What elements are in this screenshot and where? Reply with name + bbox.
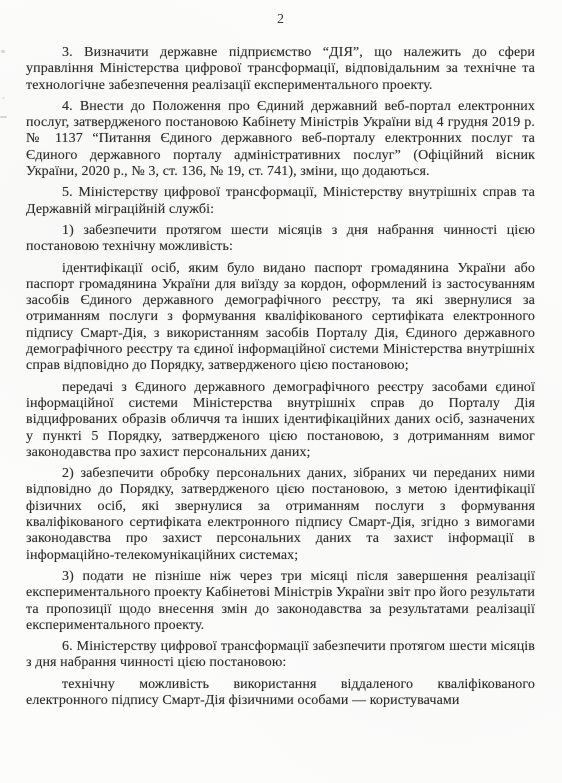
paragraph-point-6: 6. Міністерству цифрової трансформації з… — [26, 639, 535, 672]
subparagraph-5-3: 3) подати не пізніше ніж через три місяц… — [26, 569, 535, 634]
clause-identification: ідентифікації осіб, яким було видано пас… — [26, 261, 535, 375]
clause-data-transfer: передачі з Єдиного державного демографіч… — [26, 380, 535, 461]
document-body: 3. Визначити державне підприємство “ДІЯ”… — [26, 45, 535, 709]
document-page: 2 3. Визначити державне підприємство “ДІ… — [0, 0, 562, 783]
paragraph-point-4: 4. Внести до Положення про Єдиний держав… — [26, 99, 535, 180]
scan-artifact — [2, 97, 5, 99]
page-number: 2 — [26, 12, 535, 28]
scan-artifact — [0, 116, 7, 118]
paragraph-point-5: 5. Міністерству цифрової трансформації, … — [26, 185, 535, 218]
clause-technical-capability: технічну можливість використання віддале… — [26, 677, 535, 710]
subparagraph-5-2: 2) забезпечити обробку персональних дани… — [26, 466, 535, 564]
paragraph-point-3: 3. Визначити державне підприємство “ДІЯ”… — [26, 45, 535, 94]
scan-artifact — [1, 50, 5, 53]
subparagraph-5-1: 1) забезпечити протягом шести місяців з … — [26, 223, 535, 256]
